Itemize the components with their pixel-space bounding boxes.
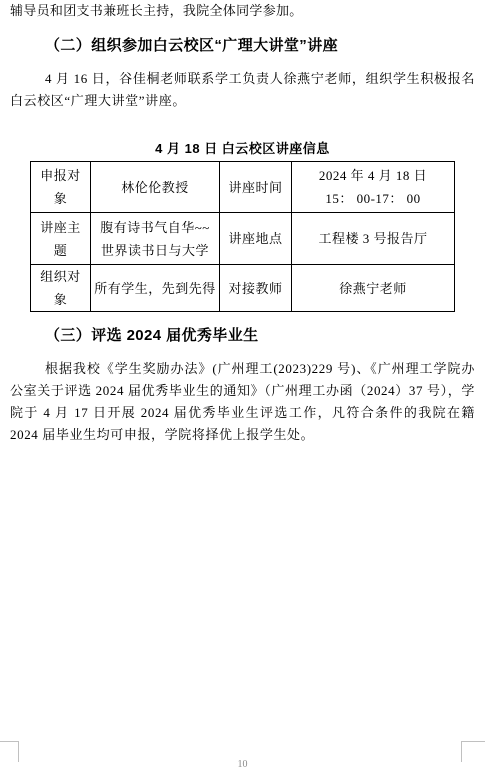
table-cell-label: 申报对象 bbox=[31, 162, 91, 213]
table-cell-value: 腹有诗书气自华~~世界读书日与大学 bbox=[91, 213, 220, 265]
table-cell-value: 林伦伦教授 bbox=[91, 162, 220, 213]
section3-paragraph: 根据我校《学生奖励办法》(广州理工(2023)229 号)、《广州理工学院办公室… bbox=[10, 358, 475, 446]
table-row: 讲座主题 腹有诗书气自华~~世界读书日与大学 讲座地点 工程楼 3 号报告厅 bbox=[31, 213, 455, 265]
table-cell-label: 讲座主题 bbox=[31, 213, 91, 265]
table-cell-label: 组织对象 bbox=[31, 265, 91, 312]
table-cell-label: 对接教师 bbox=[220, 265, 292, 312]
table-cell-value: 工程楼 3 号报告厅 bbox=[292, 213, 455, 265]
section3-heading: （三）评选 2024 届优秀毕业生 bbox=[10, 324, 475, 348]
table-row: 组织对象 所有学生，先到先得 对接教师 徐燕宁老师 bbox=[31, 265, 455, 312]
table-row: 申报对象 林伦伦教授 讲座时间 2024 年 4 月 18 日 15： 00-1… bbox=[31, 162, 455, 213]
document-page: 辅导员和团支书兼班长主持，我院全体同学参加。 （二）组织参加白云校区“广理大讲堂… bbox=[0, 0, 485, 781]
page-number: 10 bbox=[0, 760, 485, 770]
table-cell-value: 徐燕宁老师 bbox=[292, 265, 455, 312]
intro-paragraph: 辅导员和团支书兼班长主持，我院全体同学参加。 bbox=[10, 0, 475, 22]
table-cell-value: 所有学生，先到先得 bbox=[91, 265, 220, 312]
crop-mark-bottom-left bbox=[0, 741, 19, 762]
crop-mark-bottom-right bbox=[461, 741, 485, 762]
table-cell-value: 2024 年 4 月 18 日 15： 00-17： 00 bbox=[292, 162, 455, 213]
section2-paragraph: 4 月 16 日，谷佳桐老师联系学工负责人徐燕宁老师，组织学生积极报名白云校区“… bbox=[10, 68, 475, 112]
lecture-info-table: 申报对象 林伦伦教授 讲座时间 2024 年 4 月 18 日 15： 00-1… bbox=[30, 161, 455, 312]
lecture-table-caption: 4 月 18 日 白云校区讲座信息 bbox=[10, 139, 475, 159]
table-cell-label: 讲座地点 bbox=[220, 213, 292, 265]
section2-heading: （二）组织参加白云校区“广理大讲堂”讲座 bbox=[10, 34, 475, 58]
document-body: 辅导员和团支书兼班长主持，我院全体同学参加。 （二）组织参加白云校区“广理大讲堂… bbox=[0, 0, 485, 446]
table-cell-label: 讲座时间 bbox=[220, 162, 292, 213]
